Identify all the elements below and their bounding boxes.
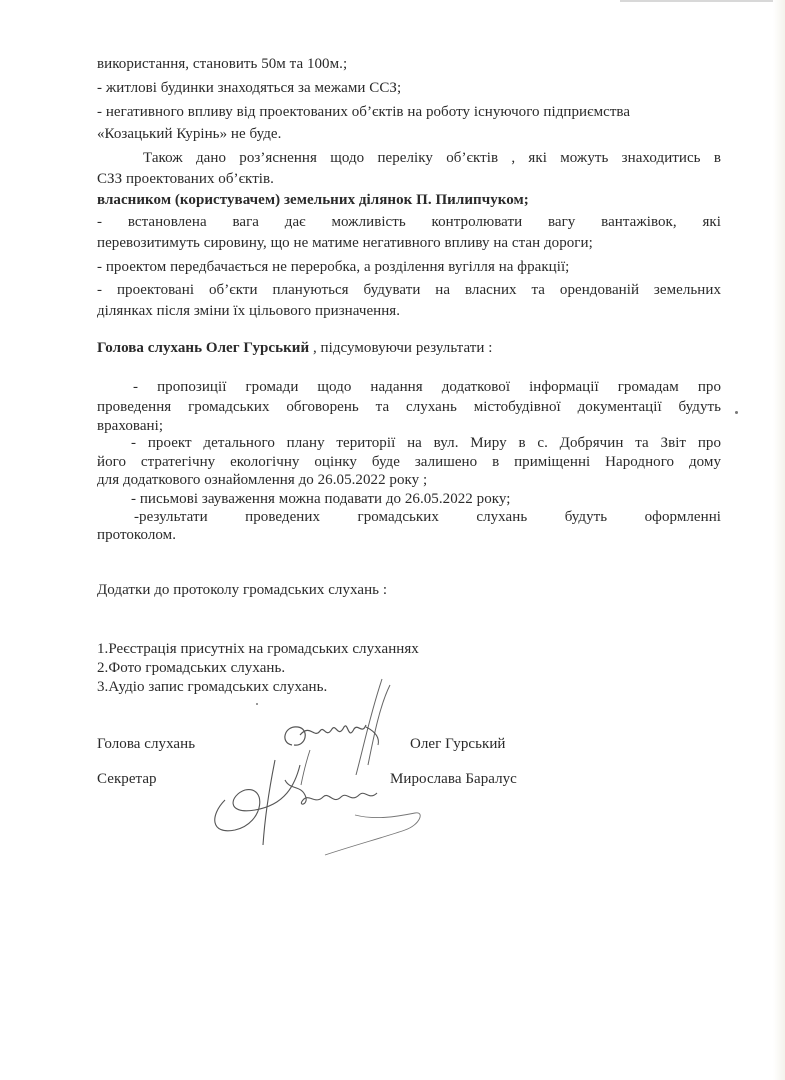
text-line: використання, становить 50м та 100м.;: [97, 55, 347, 73]
text-line: - встановлена вага дає можливість контро…: [97, 213, 721, 231]
signature-role: Секретар: [97, 770, 157, 788]
signature-secretary-icon: [205, 745, 445, 860]
text-line: - проектом передбачається не переробка, …: [97, 258, 569, 276]
summary-heading: Голова слухань Олег Гурський , підсумову…: [97, 339, 492, 357]
scan-speck: [256, 703, 258, 705]
text-line: «Козацький Курінь» не буде.: [97, 125, 281, 143]
summary-heading-rest: , підсумовуючи результати :: [309, 340, 492, 356]
result-line: - проект детального плану території на в…: [131, 434, 721, 452]
text-line: - житлові будинки знаходяться за межами …: [97, 79, 401, 97]
result-line: проведення громадських обговорень та слу…: [97, 398, 721, 416]
scan-edge-right: [773, 0, 785, 1080]
signature-role: Голова слухань: [97, 735, 195, 753]
text-line: - негативного впливу від проектованих об…: [97, 103, 721, 121]
text-line: перевозитимуть сировину, що не матиме не…: [97, 234, 593, 252]
scan-speck: [735, 411, 738, 414]
result-line: - письмові зауваження можна подавати до …: [131, 490, 510, 508]
text-line: власником (користувачем) земельних ділян…: [97, 191, 529, 209]
text-line: ділянках після зміни їх цільового призна…: [97, 302, 400, 320]
text-line: - проектовані об’єкти плануються будуват…: [97, 281, 721, 299]
scan-edge-top: [620, 0, 785, 2]
text-line: Також дано роз’яснення щодо переліку об’…: [143, 149, 721, 167]
chair-name: Голова слухань Олег Гурський: [97, 340, 309, 356]
result-line: - пропозиції громади щодо надання додатк…: [133, 378, 721, 396]
result-line: для додаткового ознайомлення до 26.05.20…: [97, 471, 427, 489]
appendix-heading: Додатки до протоколу громадських слухань…: [97, 581, 387, 599]
appendix-item: 2.Фото громадських слухань.: [97, 659, 285, 677]
text-line: СЗЗ проектованих об’єктів.: [97, 170, 274, 188]
appendix-item: 1.Реєстрація присутніх на громадських сл…: [97, 640, 419, 658]
result-line: -результати проведених громадських слуха…: [134, 508, 721, 526]
result-line: його стратегічну екологічну оцінку буде …: [97, 453, 721, 471]
result-line: протоколом.: [97, 526, 176, 544]
result-line: враховані;: [97, 417, 163, 435]
